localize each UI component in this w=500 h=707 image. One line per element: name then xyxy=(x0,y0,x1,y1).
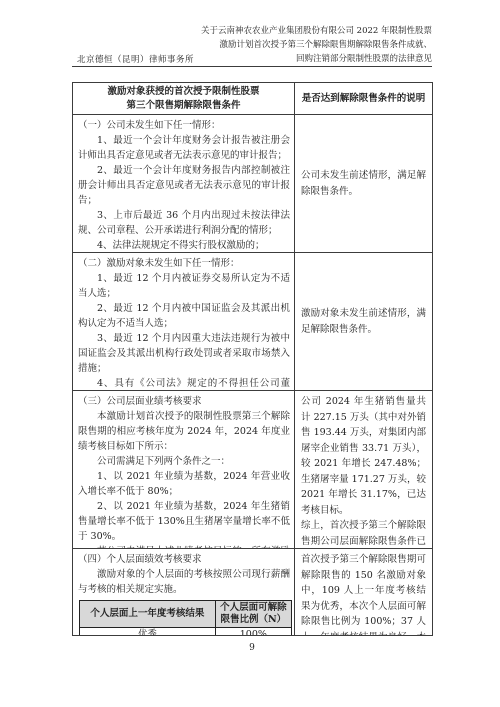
table-row: （四）个人层面绩效考核要求 激励对象的个人层面的考核按照公司现行薪酬与考核的相关… xyxy=(73,549,433,636)
clause-item: 公司需满足下列两个条件之一： xyxy=(78,454,290,469)
assessment-result-value: 优秀 xyxy=(80,628,216,636)
table-row: （三）公司层面业绩考核要求 本激励计划首次授予的限制性股票第三个解除限售期的相应… xyxy=(73,391,433,549)
condition-cell-3: （三）公司层面业绩考核要求 本激励计划首次授予的限制性股票第三个解除限售期的相应… xyxy=(73,391,295,549)
condition-cell-4: （四）个人层面绩效考核要求 激励对象的个人层面的考核按照公司现行薪酬与考核的相关… xyxy=(73,549,295,636)
unlock-conditions-table: 激励对象获授的首次授予限制性股票 第三个限售期解除限售条件 是否达到解除限售条件… xyxy=(72,82,433,636)
section-heading: （一）公司未发生如下任一情形： xyxy=(78,118,290,133)
table-header-explanation: 是否达到解除限售条件的说明 xyxy=(295,83,433,115)
condition-cell-2: （二）激励对象未发生如下任一情形： 1、最近 12 个月内被证券交易所认定为不适… xyxy=(73,253,295,391)
assessment-result-header: 个人层面上一年度考核结果 xyxy=(80,601,216,628)
page-number: 9 xyxy=(72,643,432,653)
explanation-text: 公司 2024 年生猪销售量共计 227.15 万头（其中对外销售 193.44… xyxy=(301,394,426,518)
explanation-text: 综上，首次授予第三个解除限售期公司层面解除限售条件已成就。 xyxy=(301,518,426,548)
table-row: （一）公司未发生如下任一情形： 1、最近一个会计年度财务会计报告被注册会计师出具… xyxy=(73,115,433,253)
clause-item: 本激励计划首次授予的限制性股票第三个解除限售期的相应考核年度为 2024 年，2… xyxy=(78,409,290,454)
clause-item: 4、法律法规规定不得实行股权激励的； xyxy=(78,238,290,252)
clause-item: 2、最近一个会计年度财务报告内部控制被注册会计师出具否定意见或者无法表示意见的审… xyxy=(78,163,290,208)
personal-assessment-table: 个人层面上一年度考核结果 个人层面可解除限售比例（N） 优秀 100% xyxy=(79,600,292,635)
clause-item: 1、最近 12 个月内被证券交易所认定为不适当人选； xyxy=(78,271,290,301)
header-divider xyxy=(72,66,432,67)
condition-cell-1: （一）公司未发生如下任一情形： 1、最近一个会计年度财务会计报告被注册会计师出具… xyxy=(73,115,295,253)
table-header-row: 激励对象获授的首次授予限制性股票 第三个限售期解除限售条件 是否达到解除限售条件… xyxy=(73,83,433,115)
table-header-conditions: 激励对象获授的首次授予限制性股票 第三个限售期解除限售条件 xyxy=(73,83,295,115)
explanation-text: 公司未发生前述情形，满足解除限售条件。 xyxy=(301,168,426,199)
explanation-text: 激励对象未发生前述情形，满足解除限售条件。 xyxy=(301,306,426,337)
explanation-cell-1: 公司未发生前述情形，满足解除限售条件。 xyxy=(295,115,433,253)
explanation-cell-3: 公司 2024 年生猪销售量共计 227.15 万头（其中对外销售 193.44… xyxy=(295,391,433,549)
document-title-line: 关于云南神农农业产业集团股份有限公司 2022 年限制性股票 xyxy=(201,24,432,38)
personal-assessment-header-row: 个人层面上一年度考核结果 个人层面可解除限售比例（N） xyxy=(80,601,292,628)
table-row: （二）激励对象未发生如下任一情形： 1、最近 12 个月内被证券交易所认定为不适… xyxy=(73,253,433,391)
clause-item: 2、最近 12 个月内被中国证监会及其派出机构认定为不适当人选； xyxy=(78,301,290,331)
clause-item: 1、最近一个会计年度财务会计报告被注册会计师出具否定意见或者无法表示意见的审计报… xyxy=(78,133,290,163)
clause-item: 4、具有《公司法》规定的不得担任公司董事、高级管理人员情形的； xyxy=(78,376,290,390)
document-title-line: 回购注销部分限制性股票的法律意见 xyxy=(201,52,432,66)
section-heading: （二）激励对象未发生如下任一情形： xyxy=(78,256,290,271)
clause-item: 3、上市后最近 36 个月内出现过未按法律法规、公司章程、公开承诺进行利润分配的… xyxy=(78,208,290,238)
explanation-cell-2: 激励对象未发生前述情形，满足解除限售条件。 xyxy=(295,253,433,391)
clause-item: 2、以 2021 年业绩为基数，2024 年生猪销售量增长率不低于 130%且生… xyxy=(78,499,290,544)
clause-item: 3、最近 12 个月内因重大违法违规行为被中国证监会及其派出机构行政处罚或者采取… xyxy=(78,331,290,376)
section-heading: （四）个人层面绩效考核要求 xyxy=(78,552,290,567)
table-header-conditions-line1: 激励对象获授的首次授予限制性股票 xyxy=(73,85,294,99)
unlock-ratio-header: 个人层面可解除限售比例（N） xyxy=(215,601,291,628)
personal-assessment-data-row: 优秀 100% xyxy=(80,628,292,636)
clause-item: 若公司未满足上述业绩考核目标的，所有激励对象对应年度所获授的限制性股票不得解除限… xyxy=(78,544,290,548)
law-firm-name: 北京德恒（昆明）律师事务所 xyxy=(77,53,194,65)
table-header-conditions-line2: 第三个限售期解除限售条件 xyxy=(73,99,294,113)
clause-item: 激励对象的个人层面的考核按照公司现行薪酬与考核的相关规定实施。 xyxy=(78,567,290,597)
explanation-text: 首次授予第三个解除限售期可解除限售的 150 名激励对象中，109 人上一年度考… xyxy=(301,552,426,635)
unlock-ratio-value: 100% xyxy=(215,628,291,636)
document-title: 关于云南神农农业产业集团股份有限公司 2022 年限制性股票 激励计划首次授予第… xyxy=(201,24,432,66)
document-page: 北京德恒（昆明）律师事务所 关于云南神农农业产业集团股份有限公司 2022 年限… xyxy=(0,0,500,707)
explanation-cell-4: 首次授予第三个解除限售期可解除限售的 150 名激励对象中，109 人上一年度考… xyxy=(295,549,433,636)
clause-item: 1、以 2021 年业绩为基数，2024 年营业收入增长率不低于 80%； xyxy=(78,469,290,499)
document-title-line: 激励计划首次授予第三个解除限售期解除限售条件成就、 xyxy=(201,38,432,52)
section-heading: （三）公司层面业绩考核要求 xyxy=(78,394,290,409)
